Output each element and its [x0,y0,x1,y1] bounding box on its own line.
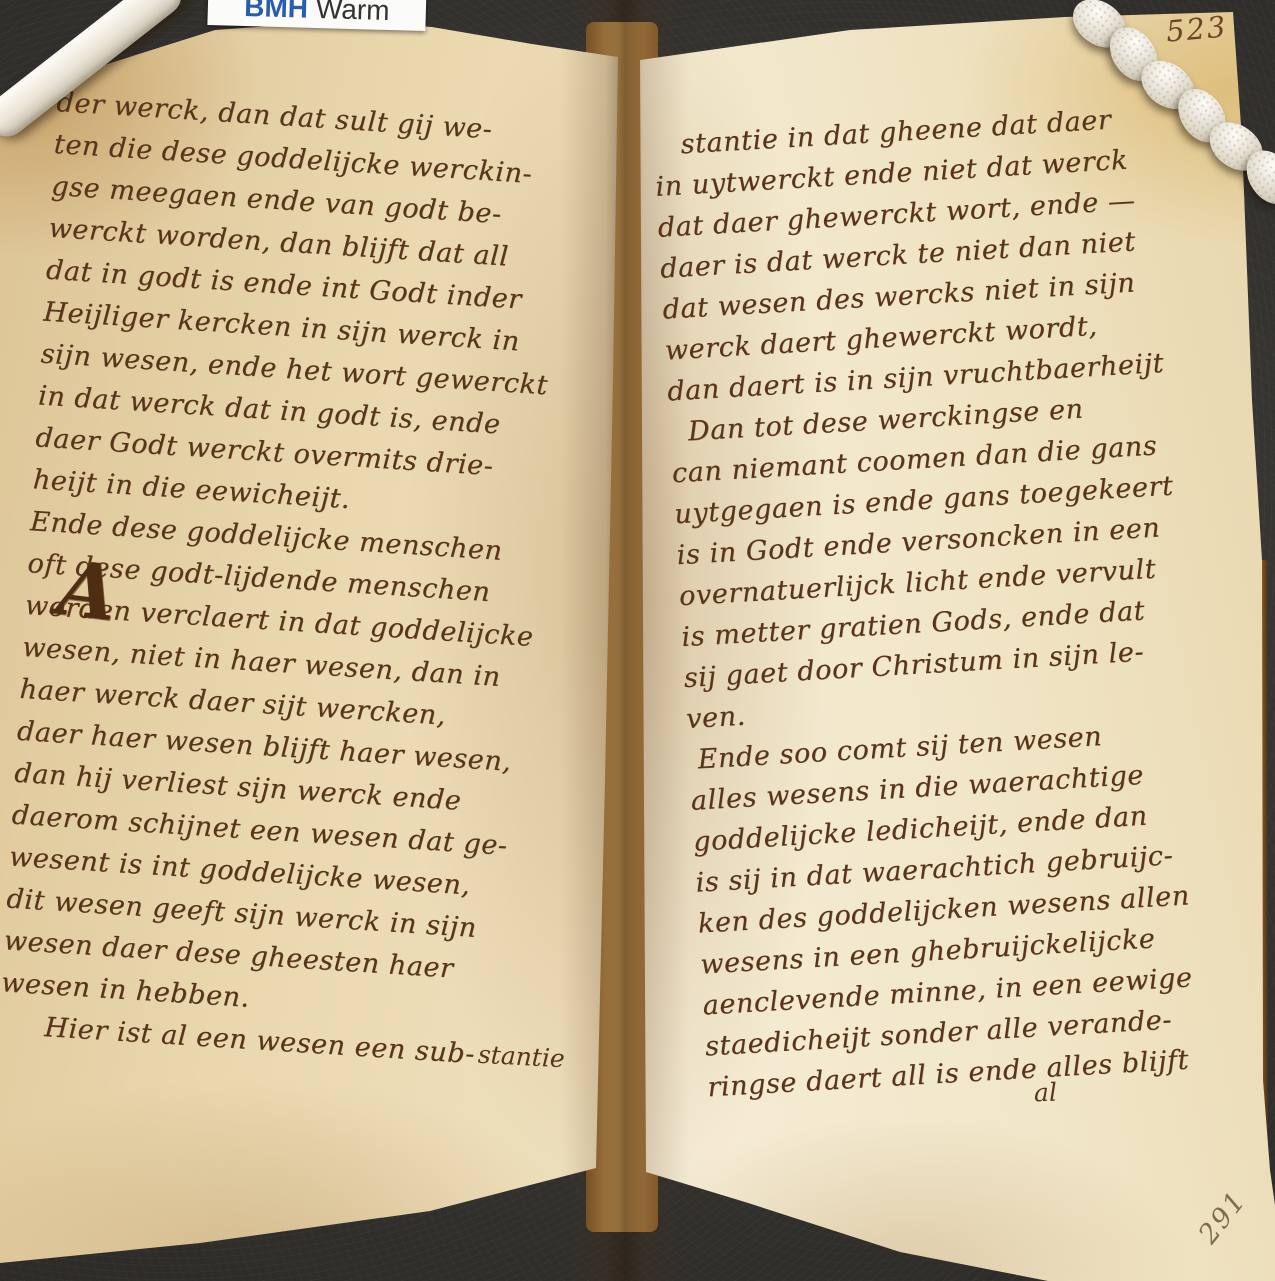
shelfmark-suffix: Warm [316,0,390,27]
right-page-catchword: al [1034,1078,1058,1108]
paragraph-initial-mark: A [54,553,121,630]
page-number: 523 [1165,9,1229,48]
manuscript-photograph: der werck, dan dat sult gij we-ten die d… [0,0,1275,1281]
shelfmark-prefix: BMH [244,0,309,25]
right-page-text: stantie in dat gheene dat daerin uytwerc… [652,93,1275,1108]
shelfmark-label: BMH Warm [207,0,426,31]
left-page-catchword: stantie [477,1040,565,1073]
